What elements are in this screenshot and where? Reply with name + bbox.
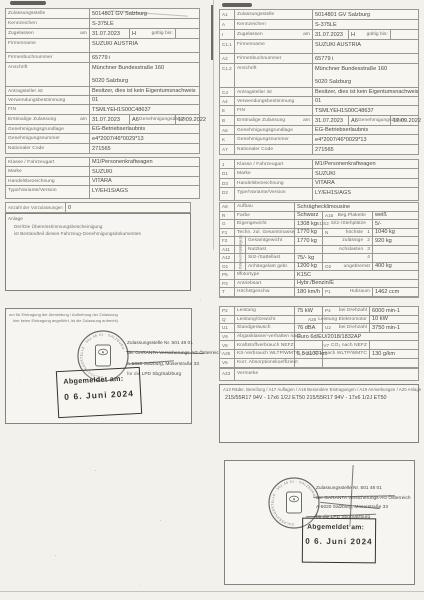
field-value: 75/- kg: [295, 254, 323, 262]
row-antriebsart: P3AntriebsartHybr./Benzin/E: [220, 280, 418, 289]
row-vorzulassungen: Anzahl der Vorzulassungen0: [6, 203, 190, 212]
field-code: F2: [220, 237, 235, 245]
row-hoechstgeschw: THöchstgeschw.180 km/hP1Hubraum1462 ccm: [220, 288, 418, 297]
field-right-label: ungebremst: [344, 264, 370, 269]
field-mid-cell: A6Genehmigungsdatum: [130, 115, 176, 124]
field-right-label: zulässige: [342, 238, 363, 243]
field-label: Leistung/Gewicht: [235, 316, 295, 324]
vermerke-box: A23Vermerke: [219, 368, 419, 381]
field-right-value: 3750 min-1: [370, 324, 418, 332]
field-label: Eigengewicht: [235, 220, 295, 228]
field-value: 65779 i: [90, 53, 199, 62]
field-label: FIN: [6, 105, 90, 114]
field-code: A5: [220, 126, 235, 134]
row-farbe: RFarbeSchwarzA16Beg.Plaketteweiß: [220, 212, 418, 221]
field-label: Anschrift: [235, 64, 313, 87]
field-mid-cell: Nhöchste1: [323, 229, 373, 237]
row-gesamtmasse: F1Techn. zul. Gesamtmasse1770 kgNhöchste…: [220, 229, 418, 238]
field-right-code: A24: [304, 351, 312, 356]
field-right-value: 1040 kg: [373, 229, 418, 237]
field-label: Firmenname: [6, 39, 90, 52]
field-label: Verwendungsbestimmung: [6, 96, 90, 104]
row-handelsbezeichnung: HandelsbezeichnungVITARA: [6, 177, 199, 186]
field-code: E: [220, 106, 235, 115]
row-kennzeichen: KennzeichenS-375LE: [6, 19, 199, 29]
field-value: [295, 341, 323, 349]
field-right-code: P1: [325, 289, 331, 294]
field-code: G: [220, 220, 235, 228]
field-label: FIN: [235, 106, 313, 115]
field-right-label: Hubraum: [350, 289, 370, 294]
row-verbrauch-wltp: A25KS-Verbrauch WLTP/WMTC5,8 l/100 kmA24…: [220, 350, 418, 359]
field-mid-cell: A26Leistung Elektromotor: [323, 316, 370, 324]
field-code: V8: [220, 341, 235, 349]
field-right-label: Achslasten: [339, 247, 363, 252]
row-marke: MarkeSUZUKI: [6, 167, 199, 177]
field-code: A25: [220, 350, 235, 358]
row-type-variante: D2Type/Variante/VersionLY/EH1S/AGS: [220, 188, 418, 200]
group-label-rotated: in Österreich zulässige(s): [236, 237, 246, 271]
deregistered-stamp: Abgemeldet am: 0 6. Juni 2024: [56, 367, 142, 418]
field-value: SUZUKI: [90, 167, 199, 176]
field-label-suffix: am: [80, 31, 87, 36]
field-value: SUZUKI AUSTRIA: [90, 39, 199, 52]
row-anhaengelast: O1Anhängelast gebr.1200 kgO2ungebremst40…: [220, 263, 418, 272]
field-mid-cell: S1/S2Sitz-/Stehplätze: [323, 220, 373, 228]
row-firmenname: FirmennameSUZUKI AUSTRIA: [6, 39, 199, 53]
field-label: Zulassungsstelle: [6, 9, 90, 18]
field-right-code: N: [325, 230, 328, 235]
field-right-value: 1462 ccm: [373, 288, 418, 296]
field-value: LY/EH1S/AGS: [90, 186, 199, 198]
field-right-label: Beg.Plakette: [338, 213, 366, 218]
field-right-code: A16: [325, 213, 333, 218]
field-right-value: [373, 246, 418, 254]
field-label: Gesamtgewicht: [246, 237, 295, 245]
field-label-text: Zugelassen: [8, 31, 34, 36]
row-genehmigungsnummer: KGenehmigungsnummere4*2007/46*0029*13: [220, 135, 418, 145]
row-genehmigungsgrundlage: A5GenehmigungsgrundlageEG-Betriebserlaub…: [220, 126, 418, 135]
field-code: O1: [220, 263, 235, 271]
tech-data-table: A8AufbauSchräghecklimousine RFarbeSchwar…: [219, 202, 419, 298]
field-code: A2: [220, 54, 235, 63]
field-label: Standgeräusch: [235, 324, 295, 332]
row-firmenbuchnummer: Firmenbuchnummer65779 i: [6, 53, 199, 63]
field-mid-cell: A16Beg.Plakette: [323, 212, 373, 220]
field-label: Klasse / Fahrzeugart: [235, 160, 313, 168]
row-abgasklasse: V9Abgasklasse/-verhalten nachEuro 6d/EU/…: [220, 333, 418, 342]
anlage-label: Anlage: [8, 216, 23, 221]
field-value: VITARA: [313, 179, 418, 187]
registration-office-text: Zulassungsstelle Nr. 501 48 01 der GARAN…: [127, 339, 222, 380]
row-vermerke: A23Vermerke: [220, 369, 418, 380]
field-value: Euro 6d/EU/2018/1832AP: [295, 333, 418, 341]
row-anschrift: C1.2AnschriftMünchner Bundesstraße 16050…: [220, 64, 418, 88]
office-line: für die LPD Sbg/Salzburg: [127, 370, 222, 380]
field-right-num: 3: [367, 247, 370, 252]
row-verbrauch-nefz: V8Kraftstoffverbrauch NEFZV7CO₂ nach NEF…: [220, 341, 418, 350]
row-sattellast: A12Sitz-/Sattellast75/- kg4: [220, 254, 418, 263]
row-handelsbezeichnung: D3HandelsbezeichnungVITARA: [220, 179, 418, 188]
field-label: Verwendungsbestimmung: [235, 97, 313, 105]
field-code: A8: [220, 203, 235, 211]
footnote-line2: hier keine Eintragung angeführt, ist die…: [13, 318, 118, 323]
field-label: Nutzlast: [246, 246, 295, 254]
row-nutzlast: A11NutzlastAchslasten3: [220, 246, 418, 255]
row-absorptionskoeffizient: V6Korr. Absorptionskoeffizient: [220, 359, 418, 368]
field-value: 1200 kg: [295, 263, 323, 271]
field-right-label: gültig bis:: [367, 32, 388, 37]
row-genehmigungsnummer: Genehmigungsnummere4*2007/46*0029*13: [6, 134, 199, 144]
field-code: K: [220, 135, 235, 144]
field-label: Antriebsart: [235, 280, 295, 288]
office-line: Zulassungsstelle Nr. 501 48 01: [316, 484, 411, 494]
field-mid-cell: P4bei Drehzahl: [323, 307, 370, 315]
scanned-registration-document: Zulassungsstelle5014801 GV Salzburg Kenn…: [0, 0, 424, 600]
row-eigengewicht: GEigengewicht1308 kgS1/S2Sitz-/Stehplätz…: [220, 220, 418, 229]
field-label: Antragsteller ist: [6, 87, 90, 95]
field-label: Genehmigungsgrundlage: [235, 126, 313, 134]
field-value: 01: [90, 96, 199, 104]
field-code: D1: [220, 169, 235, 178]
field-value: TSMLYEH1S00C48637: [90, 105, 199, 114]
footnote-line1: um für Eintragung der Abmeldung / Aufheb…: [9, 312, 118, 317]
field-value: [295, 246, 323, 254]
field-label: Farbe: [235, 212, 295, 220]
field-code: V9: [220, 333, 235, 341]
scan-edge-line: [0, 591, 424, 592]
field-label-suffix: am: [303, 118, 310, 123]
deregistered-stamp-label: Abgemeldet am:: [63, 373, 139, 386]
field-right-value: 12.09.2022: [176, 115, 199, 124]
field-box-value: A6: [132, 117, 139, 123]
field-value: 31.07.2023: [90, 29, 130, 38]
row-zulassungsstelle: A1Zulassungsstelle5014801 GV Salzburg: [220, 10, 418, 20]
row-zugelassen: Zugelassenam31.07.2023Hgültig bis:: [6, 29, 199, 39]
field-right-num: 2: [367, 238, 370, 243]
field-label: Abgasklasse/-verhalten nach: [235, 333, 295, 341]
row-standgeraeusch: U1Standgeräusch76 dBAU2bei Drehzahl3750 …: [220, 324, 418, 333]
field-label-text: Erstmalige Zulassung: [8, 117, 56, 122]
field-value: 76 dBA: [295, 324, 323, 332]
field-value: 180 km/h: [295, 288, 323, 296]
field-code: C1.1: [220, 40, 235, 53]
field-value: M1/Personenkraftwagen: [313, 160, 418, 168]
field-code: Q: [220, 316, 235, 324]
field-code: D3: [220, 179, 235, 187]
field-label: Genehmigungsnummer: [235, 135, 313, 144]
row-erstzulassung: BErstmalige Zulassungam31.07.2023A6Geneh…: [220, 116, 418, 126]
field-code: D2: [220, 188, 235, 200]
field-value: 31.07.2023: [313, 116, 349, 125]
field-code: A23: [220, 369, 235, 380]
field-right-label: Sitz-/Stehplätze: [331, 221, 366, 226]
field-right-value: 5/-: [373, 220, 418, 228]
field-label: Techn. zul. Gesamtmasse: [235, 229, 295, 237]
field-value: SUZUKI: [313, 169, 418, 178]
registration-table-right: A1Zulassungsstelle5014801 GV Salzburg AK…: [219, 9, 419, 155]
row-nationaler-code: A7Nationaler Code271565: [220, 145, 418, 154]
field-mid-cell: O2ungebremst: [323, 263, 373, 271]
field-label: Leistung: [235, 307, 295, 315]
office-line: Zulassungsstelle Nr. 501 48 01: [127, 339, 222, 349]
field-label-suffix: am: [80, 117, 87, 122]
field-label: Genehmigungsgrundlage: [6, 125, 90, 133]
row-gesamtgewicht: F2Gesamtgewicht1770 kgzulässige2920 kg: [220, 237, 418, 246]
field-right-num: 1: [367, 230, 370, 235]
field-label: Genehmigungsnummer: [6, 134, 90, 143]
field-value: EG-Betriebserlaubnis: [90, 125, 199, 133]
field-right-value: [373, 254, 418, 262]
field-right-label: bei Drehzahl: [339, 325, 367, 330]
field-box-value: H: [351, 32, 355, 38]
field-value: 5014801 GV Salzburg: [313, 10, 418, 19]
tires-spec: 215/55R17 94V - 17x6 1/2J ET50 215/55R17…: [225, 395, 387, 401]
row-leistung-gewicht: QLeistung/GewichtA26Leistung Elektromoto…: [220, 316, 418, 325]
field-code: A: [220, 20, 235, 29]
field-value: S-375LE: [90, 19, 199, 28]
vehicle-table-right: JKlasse / FahrzeugartM1/Personenkraftwag…: [219, 159, 419, 201]
field-right-code: O2: [325, 264, 331, 269]
field-label: Aufbau: [235, 203, 295, 211]
field-box-value: A6: [351, 118, 358, 124]
field-label-text: Erstmalige Zulassung: [237, 118, 285, 123]
row-anschrift: AnschriftMünchner Bundesstraße 1605020 S…: [6, 63, 199, 87]
field-mid-cell: zulässige2: [323, 237, 373, 245]
deregistered-stamp: Abgemeldet am: 0 6. Juni 2024: [302, 518, 376, 564]
field-right-value: 6000 min-1: [370, 307, 418, 315]
deregistered-stamp-label: Abgemeldet am:: [307, 524, 375, 532]
field-label: Firmenbuchnummer: [6, 53, 90, 62]
field-right-value: [391, 30, 418, 39]
field-value: K15C: [295, 271, 418, 279]
field-label: Zugelassenam: [6, 29, 90, 38]
field-right-code: A26: [308, 317, 316, 322]
field-label: Kennzeichen: [235, 20, 313, 29]
field-mid-cell: U2bei Drehzahl: [323, 324, 370, 332]
field-right-code: S1/S2: [316, 221, 329, 226]
field-label: Kraftstoffverbrauch NEFZ: [235, 341, 295, 349]
field-value: 31.07.2023: [90, 115, 130, 124]
row-antragsteller: C4Antragsteller istBesitzer, dies ist ke…: [220, 88, 418, 97]
field-code: J: [220, 160, 235, 168]
field-code: P5: [220, 271, 235, 279]
field-value: Besitzer, dies ist kein Eigentumsnachwei…: [313, 88, 418, 96]
field-value: 75 kW: [295, 307, 323, 315]
group-label-text: in Österreich zulässige(s): [239, 235, 243, 272]
field-value: [295, 359, 323, 368]
row-type-variante: Type/Variante/VersionLY/EH1S/AGS: [6, 186, 199, 198]
field-code: A1: [220, 10, 235, 19]
field-value: TSMLYEH1S00C48637: [313, 106, 418, 115]
row-klasse: JKlasse / FahrzeugartM1/Personenkraftwag…: [220, 160, 418, 169]
field-label: Marke: [235, 169, 313, 178]
anlage-line1: Der/Die Übereinstimmungsbescheinigung: [14, 224, 102, 229]
field-value: 1770 kg: [295, 229, 323, 237]
field-label: Zugelassenam: [235, 30, 313, 39]
anlage-line2: ist Bestandteil dieses Fahrzeug-Genehmig…: [14, 231, 141, 236]
field-label: Firmenbuchnummer: [235, 54, 313, 63]
field-label: Zulassungsstelle: [235, 10, 313, 19]
pre-registrations-row: Anzahl der Vorzulassungen0: [5, 202, 191, 213]
field-mid-cell: 4: [323, 254, 373, 262]
field-value: S-375LE: [313, 20, 418, 29]
field-right-value: [176, 29, 199, 38]
row-klasse: Klasse / FahrzeugartM1/Personenkraftwage…: [6, 158, 199, 167]
field-label: KS-Verbrauch WLTP/WMTC: [235, 350, 295, 358]
field-label: Nationaler Code: [6, 144, 90, 153]
field-code: F1: [220, 229, 235, 237]
field-label: Erstmalige Zulassungam: [235, 116, 313, 125]
ink-smudge: [222, 3, 252, 7]
field-label: Vermerke: [235, 369, 418, 380]
row-erstzulassung: Erstmalige Zulassungam31.07.2023A6Genehm…: [6, 115, 199, 125]
field-value: VITARA: [90, 177, 199, 185]
field-code: T: [220, 288, 235, 296]
stamp-letter: A: [102, 349, 105, 354]
field-right-code: P4: [325, 308, 331, 313]
field-code: R: [220, 212, 235, 220]
field-right-label: CO₂ nach WLTP/WMTC: [314, 351, 367, 356]
row-antragsteller: Antragsteller istBesitzer, dies ist kein…: [6, 87, 199, 96]
row-fin: EFINTSMLYEH1S00C48637: [220, 106, 418, 116]
field-label: Nationaler Code: [235, 145, 313, 154]
field-label: Firmenname: [235, 40, 313, 53]
field-right-label: bei Drehzahl: [339, 308, 367, 313]
row-leistung: P2Leistung75 kWP4bei Drehzahl6000 min-1: [220, 307, 418, 316]
field-label: Type/Variante/Version: [6, 186, 90, 198]
field-value: M1/Personenkraftwagen: [90, 158, 199, 166]
deregistered-stamp-date: 0 6. Juni 2024: [58, 388, 140, 402]
field-code: C4: [220, 88, 235, 96]
page-edge-line: [213, 0, 214, 250]
row-verwendungsbestimmung: Verwendungsbestimmung01: [6, 96, 199, 105]
tires-remarks-box: A13 Räder, Bereifung / A17 Auflagen / A1…: [219, 384, 419, 443]
field-value: Münchner Bundesstraße 1605020 Salzburg: [90, 63, 199, 86]
field-right-value: 12.09.2022: [391, 116, 418, 125]
field-label: Korr. Absorptionskoeffizient: [235, 359, 295, 368]
field-right-label: CO₂ nach NEFZ: [331, 343, 367, 348]
field-value: 5014801 GV Salzburg: [90, 9, 199, 18]
field-right-label: Leistung Elektromotor: [318, 317, 367, 322]
field-value: 271565: [313, 145, 418, 154]
field-label: Höchstgeschw.: [235, 288, 295, 296]
field-right-label: gültig bis:: [152, 31, 173, 36]
field-box-value: H: [132, 31, 136, 37]
tires-header: A13 Räder, Bereifung / A17 Auflagen / A1…: [223, 387, 421, 392]
field-right-num: 4: [367, 255, 370, 260]
field-value: e4*2007/46*0029*13: [313, 135, 418, 144]
row-genehmigungsgrundlage: GenehmigungsgrundlageEG-Betriebserlaubni…: [6, 125, 199, 134]
field-label: Handelsbezeichnung: [235, 179, 313, 187]
field-value: 0: [66, 203, 190, 212]
row-nationaler-code: Nationaler Code271565: [6, 144, 199, 153]
field-label: Sitz-/Sattellast: [246, 254, 295, 262]
field-right-label: höchste: [346, 230, 364, 235]
field-value: 65779 i: [313, 54, 418, 63]
field-right-value: weiß: [373, 212, 418, 220]
office-line: A-5020 Salzburg, Moserstraße 33: [127, 360, 222, 370]
field-blank: [323, 359, 418, 368]
field-value: Schwarz: [295, 212, 323, 220]
field-mid-cell: Achslasten3: [323, 246, 373, 254]
field-label: Klasse / Fahrzeugart: [6, 158, 90, 166]
field-code: U1: [220, 324, 235, 332]
field-mid-cell: A6Genehmigungsdatum: [349, 116, 391, 125]
field-label-suffix: am: [303, 32, 310, 37]
office-line: A-5020 Salzburg, Moserstraße 33: [316, 503, 411, 513]
field-mid-cell: V7CO₂ nach NEFZ: [323, 341, 370, 349]
address-city: 5020 Salzburg: [92, 78, 128, 84]
row-kennzeichen: AKennzeichenS-375LE: [220, 20, 418, 30]
field-label-text: Zugelassen: [237, 32, 263, 37]
field-mid-cell: Hgültig bis:: [130, 29, 176, 38]
field-value: 271565: [90, 144, 199, 153]
field-label: Kennzeichen: [6, 19, 90, 28]
stamp-letter: A: [293, 496, 296, 501]
anlage-box: Anlage Der/Die Übereinstimmungsbescheini…: [5, 213, 191, 291]
row-marke: D1MarkeSUZUKI: [220, 169, 418, 179]
field-mid-cell: P1Hubraum: [323, 288, 373, 296]
field-code: V6: [220, 359, 235, 368]
field-value: SUZUKI AUSTRIA: [313, 40, 418, 53]
deregistered-stamp-date: 0 6. Juni 2024: [303, 537, 375, 547]
field-value: Schräghecklimousine: [295, 203, 418, 211]
field-label: Antragsteller ist: [235, 88, 313, 96]
field-right-value: 400 kg: [373, 263, 418, 271]
vehicle-table-left: Klasse / FahrzeugartM1/Personenkraftwage…: [5, 157, 200, 199]
field-code: A7: [220, 145, 235, 154]
field-mid-cell: A24CO₂ nach WLTP/WMTC: [323, 350, 370, 358]
field-label: Motortype: [235, 271, 295, 279]
row-zugelassen: IZugelassenam31.07.2023Hgültig bis:: [220, 30, 418, 40]
field-value: Besitzer, dies ist kein Eigentumsnachwei…: [90, 87, 199, 95]
field-right-value: 920 kg: [373, 237, 418, 245]
address-city: 5020 Salzburg: [315, 79, 351, 85]
address-street: Münchner Bundesstraße 160: [315, 66, 387, 72]
row-zulassungsstelle: Zulassungsstelle5014801 GV Salzburg: [6, 9, 199, 19]
address-street: Münchner Bundesstraße 160: [92, 65, 164, 71]
field-value: 31.07.2023: [313, 30, 349, 39]
registration-table-left: Zulassungsstelle5014801 GV Salzburg Kenn…: [5, 8, 200, 154]
field-code: P3: [220, 280, 235, 288]
field-label: Erstmalige Zulassungam: [6, 115, 90, 124]
field-code: P2: [220, 307, 235, 315]
field-value: 01: [313, 97, 418, 105]
field-right-value: 10 kW: [370, 316, 418, 324]
row-aufbau: A8AufbauSchräghecklimousine: [220, 203, 418, 212]
field-code: A11: [220, 246, 235, 254]
field-label: Type/Variante/Version: [235, 188, 313, 200]
field-code: A12: [220, 254, 235, 262]
field-mid-cell: Hgültig bis:: [349, 30, 391, 39]
field-label: Anhängelast gebr.: [246, 263, 295, 271]
field-right-code: U2: [325, 325, 331, 330]
field-label: Handelsbezeichnung: [6, 177, 90, 185]
field-value: e4*2007/46*0029*13: [90, 134, 199, 143]
field-code: I: [220, 30, 235, 39]
field-label: Anschrift: [6, 63, 90, 86]
field-right-value: 130 g/km: [370, 350, 418, 358]
field-right-code: V7: [323, 343, 329, 348]
field-value: 1770 kg: [295, 237, 323, 245]
field-label: Anzahl der Vorzulassungen: [6, 203, 66, 212]
field-value: Hybr./Benzin/E: [295, 280, 418, 288]
field-label: Marke: [6, 167, 90, 176]
field-value: LY/EH1S/AGS: [313, 188, 418, 200]
row-firmenbuchnummer: A2Firmenbuchnummer65779 i: [220, 54, 418, 64]
row-fin: FINTSMLYEH1S00C48637: [6, 105, 199, 115]
